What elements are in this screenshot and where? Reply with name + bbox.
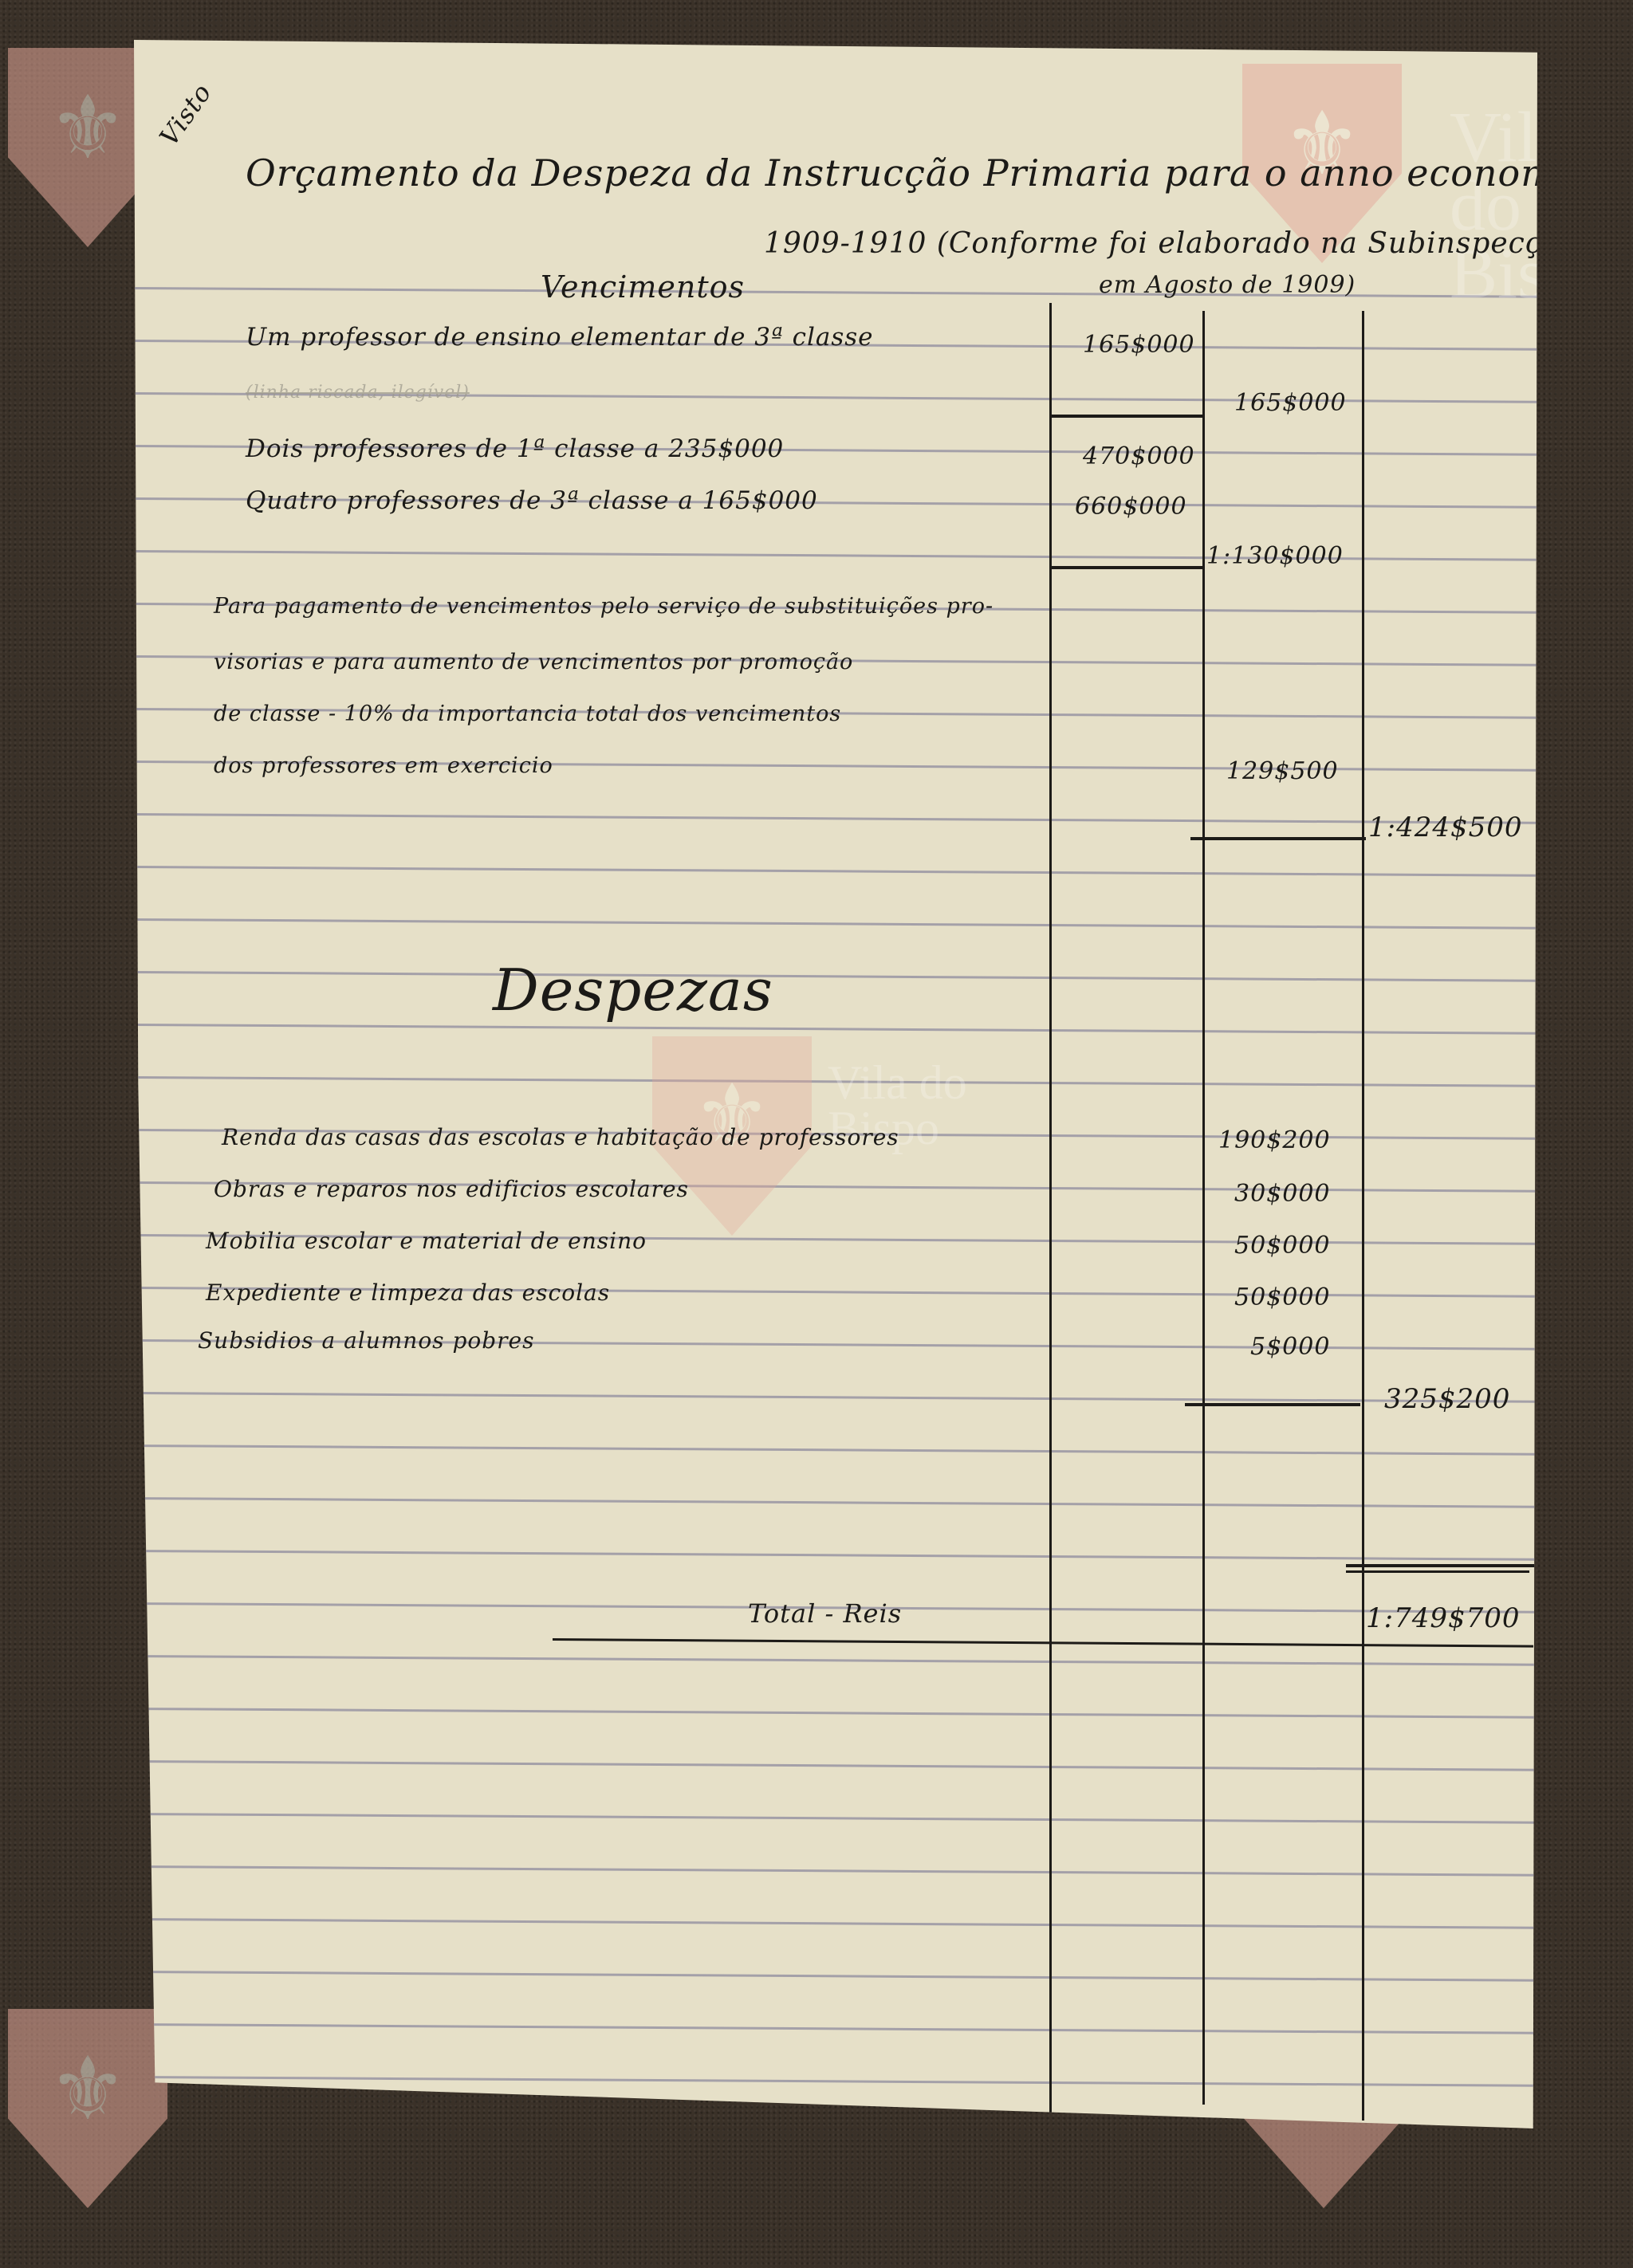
vencimentos-row-col1: 660$000 — [1075, 493, 1187, 521]
ruled-line — [134, 1655, 1537, 1666]
ruled-line — [134, 1024, 1537, 1035]
fleur-de-lis-icon: ⚜ — [49, 2045, 128, 2132]
despezas-row-amount: 50$000 — [1234, 1232, 1331, 1260]
vencimentos-row-label: Quatro professores de 3ª classe a 165$00… — [246, 486, 818, 515]
vencimentos-row-col2: 165$000 — [1234, 389, 1347, 417]
ruled-line — [134, 1918, 1537, 1929]
despezas-row-label: Subsidios a alumnos pobres — [198, 1327, 534, 1354]
total-underline — [553, 1638, 1533, 1648]
sum-line — [1049, 415, 1205, 418]
document-title-line2: 1909-1910 (Conforme foi elaborado na Sub… — [764, 227, 1633, 260]
section-heading-despezas: Despezas — [493, 957, 773, 1024]
ruled-line — [134, 866, 1537, 877]
ruled-line — [134, 1760, 1537, 1771]
ruled-line — [134, 1445, 1537, 1456]
ruled-line — [134, 1971, 1537, 1982]
despezas-row-amount: 5$000 — [1250, 1333, 1330, 1361]
ruled-line — [134, 1708, 1537, 1719]
note-line: dos professores em exercicio — [214, 753, 553, 778]
watermark-shield-bottom-left: ⚜ — [8, 2009, 167, 2208]
ruled-line — [134, 1497, 1537, 1508]
despezas-row-label: Expediente e limpeza das escolas — [206, 1279, 610, 1306]
vencimentos-row-label: Um professor de ensino elementar de 3ª c… — [246, 323, 874, 352]
ruled-line — [134, 2023, 1537, 2034]
sum-line — [1049, 566, 1205, 569]
sum-line — [1190, 837, 1366, 840]
despezas-row-label: Renda das casas das escolas e habitação … — [222, 1124, 899, 1150]
vencimentos-struck-row: (linha riscada, ilegível) — [246, 383, 470, 403]
ruled-line — [134, 918, 1537, 930]
total-amount: 1:749$700 — [1366, 1602, 1521, 1634]
note-line: visorias e para aumento de vencimentos p… — [214, 650, 853, 674]
sum-line — [1185, 1403, 1360, 1406]
total-double-line — [1346, 1570, 1529, 1573]
note-amount: 129$500 — [1226, 757, 1339, 785]
ruled-line — [134, 813, 1537, 824]
despezas-row-amount: 50$000 — [1234, 1283, 1331, 1311]
column-line-2 — [1202, 311, 1205, 2105]
marginal-note: Visto — [153, 77, 218, 151]
vencimentos-row-col1: 165$000 — [1083, 331, 1195, 359]
despezas-total: 325$200 — [1384, 1383, 1510, 1415]
document-title: Orçamento da Despeza da Instrucção Prima… — [246, 151, 1633, 195]
vencimentos-total: 1:424$500 — [1368, 812, 1523, 843]
ruled-line — [134, 1392, 1537, 1403]
total-label: Total - Reis — [748, 1598, 902, 1629]
column-line-3 — [1362, 311, 1364, 2121]
total-double-line — [1346, 1564, 1537, 1567]
despezas-row-amount: 190$200 — [1218, 1126, 1331, 1154]
vencimentos-subtotal-col2: 1:130$000 — [1206, 542, 1344, 570]
fleur-de-lis-icon: ⚜ — [49, 84, 128, 171]
despezas-row-label: Obras e reparos nos edificios escolares — [214, 1176, 689, 1202]
ruled-line — [134, 1865, 1537, 1877]
despezas-row-amount: 30$000 — [1234, 1180, 1331, 1208]
ruled-line — [134, 971, 1537, 982]
note-line: de classe - 10% da importancia total dos… — [214, 702, 841, 726]
column-line-1 — [1049, 303, 1052, 2121]
vencimentos-row-col1: 470$000 — [1083, 442, 1195, 470]
ruled-line — [134, 1813, 1537, 1824]
vencimentos-row-label: Dois professores de 1ª classe a 235$000 — [246, 434, 784, 463]
ruled-line — [134, 2076, 1537, 2087]
despezas-row-label: Mobilia escolar e material de ensino — [206, 1228, 647, 1254]
note-line: Para pagamento de vencimentos pelo servi… — [214, 594, 994, 619]
document-title-line3: em Agosto de 1909) — [1099, 271, 1356, 299]
ruled-line — [134, 1550, 1537, 1561]
section-heading-vencimentos: Vencimentos — [541, 269, 745, 305]
watermark-text-top-right: Vila doBispo — [1450, 104, 1617, 309]
document-page: ⚜ ⚜ Vila doBispo Vila doBispo Visto Orça… — [134, 40, 1537, 2128]
